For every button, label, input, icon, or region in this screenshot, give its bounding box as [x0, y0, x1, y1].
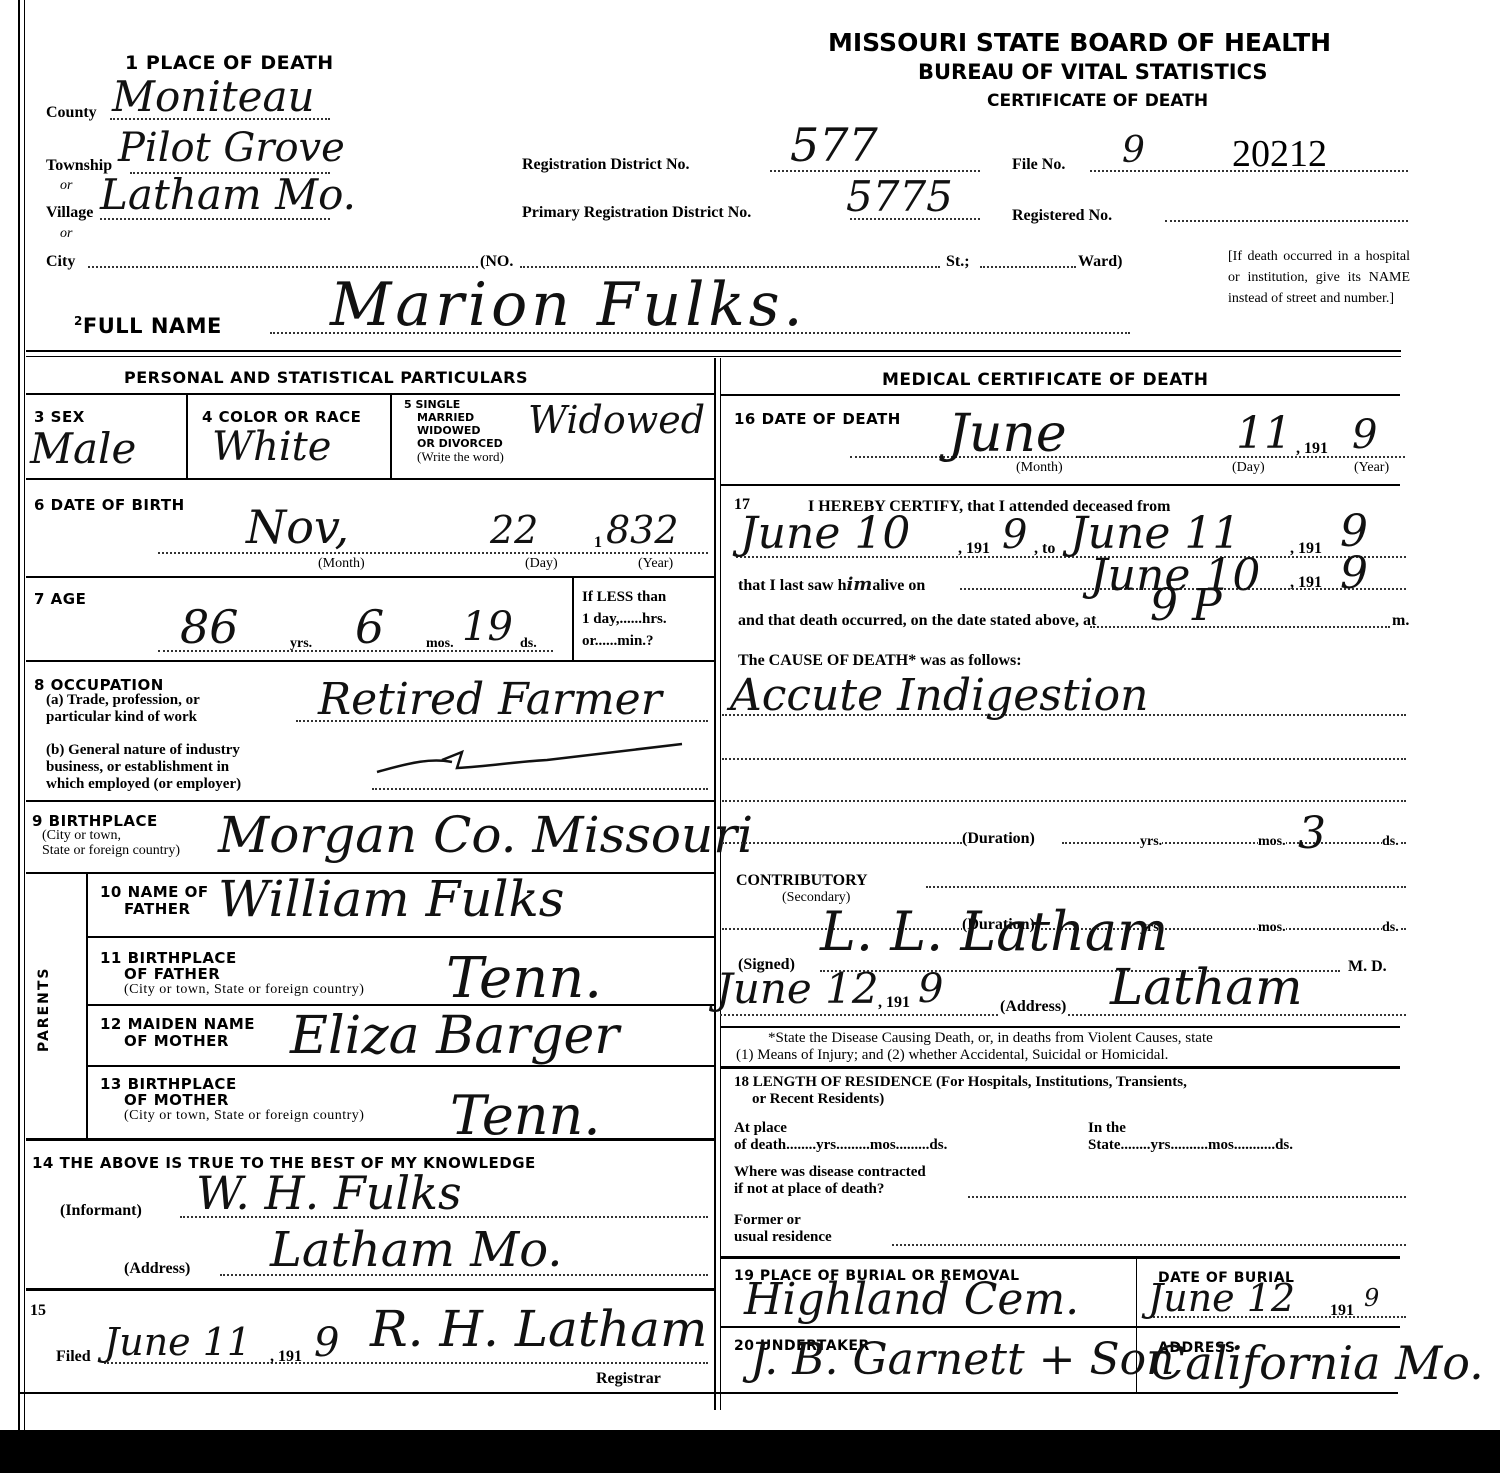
footnote-line: (1) Means of Injury; and (2) whether Acc…: [736, 1047, 1213, 1064]
marital-number: 5: [404, 398, 412, 411]
parents-label: PARENTS: [36, 966, 52, 1052]
separator: [720, 484, 1400, 486]
month-caption: (Month): [318, 556, 365, 572]
year-prefix: , 191: [958, 540, 990, 558]
signed-year: 9: [918, 966, 943, 1012]
attended-from: June 10: [740, 508, 910, 559]
separator: [26, 478, 714, 480]
burial-date: June 12: [1148, 1276, 1295, 1320]
year-caption: (Year): [1354, 460, 1389, 476]
county-value: Moniteau: [112, 72, 315, 121]
reg-district-label: Registration District No.: [522, 156, 690, 174]
separator: [720, 1326, 1400, 1328]
marital-option-widowed: WIDOWED: [404, 424, 481, 437]
separator: [26, 1138, 714, 1141]
marital-value: Widowed: [528, 398, 705, 442]
filed-label: Filed: [56, 1348, 91, 1366]
dod-year: 9: [1352, 412, 1377, 458]
marital-option-married: MARRIED: [404, 411, 474, 424]
registrar-signature: R. H. Latham: [370, 1300, 707, 1358]
marital-option-single: SINGLE: [416, 398, 461, 411]
father-birthplace-value: Tenn.: [446, 946, 602, 1011]
dod-day: 11: [1236, 408, 1292, 459]
mos-label: mos.: [426, 636, 454, 652]
dod-label: 16 DATE OF DEATH: [734, 410, 901, 428]
last-saw-text: that I last saw h: [738, 577, 846, 594]
to-label: , to: [1034, 540, 1055, 558]
former-residence-line: [892, 1244, 1406, 1246]
separator: [26, 350, 1401, 352]
cause-value: Accute Indigestion: [730, 670, 1148, 721]
label-line: business, or establishment in: [46, 759, 241, 776]
label-line: 11 BIRTHPLACE: [100, 950, 364, 966]
mother-birthplace-label: 13 BIRTHPLACE OF MOTHER (City or town, S…: [100, 1076, 364, 1124]
filed-number: 15: [30, 1302, 46, 1320]
place-of-death-label: 1 PLACE OF DEATH: [125, 52, 334, 74]
left-border: [18, 0, 20, 1430]
label-line: (City or town, State or foreign country): [100, 1108, 364, 1124]
primary-district-label: Primary Registration District No.: [522, 204, 751, 222]
label-line: which employed (or employer): [46, 776, 241, 793]
center-divider: [714, 358, 716, 1410]
label-line: State........yrs..........mos...........…: [1088, 1137, 1293, 1154]
separator: [720, 1256, 1400, 1259]
duration-months: 3: [1298, 808, 1326, 859]
file-no-value: 20212: [1232, 132, 1327, 176]
hospital-note: [If death occurred in a hospital or inst…: [1228, 246, 1410, 309]
full-name-label-text: FULL NAME: [83, 314, 222, 338]
separator: [86, 1065, 714, 1067]
residence-at-place: At place of death........yrs.........mos…: [734, 1120, 947, 1154]
file-no-prefix: 9: [1122, 130, 1145, 171]
birthplace-value: Morgan Co. Missouri: [218, 806, 753, 864]
dob-month: Nov,: [246, 500, 349, 554]
mos-label: mos.: [1258, 834, 1286, 850]
label-line: particular kind of work: [46, 709, 200, 726]
medical-section-title: MEDICAL CERTIFICATE OF DEATH: [882, 370, 1208, 390]
footnote-line: *State the Disease Causing Death, or, in…: [736, 1030, 1213, 1047]
street-line: [520, 266, 940, 268]
or-text: or: [60, 226, 72, 242]
last-saw-him: im: [846, 574, 872, 595]
label-line: of death........yrs.........mos.........…: [734, 1137, 947, 1154]
day-caption: (Day): [525, 556, 558, 572]
separator: [26, 800, 714, 802]
primary-district-value: 5775: [846, 172, 953, 221]
dod-year-prefix: , 191: [1296, 440, 1328, 458]
label-line: (a) Trade, profession, or: [46, 692, 200, 709]
separator: [720, 1066, 1400, 1069]
less-than-line: or......min.?: [582, 630, 667, 652]
undertaker-value: J. B. Garnett + Son: [750, 1334, 1174, 1385]
occupation-b-dash-mark: [372, 740, 692, 780]
last-saw-year: 9: [1340, 548, 1368, 599]
marital-options: 5 SINGLE MARRIED WIDOWED OR DIVORCED (Wr…: [404, 398, 504, 464]
divider: [572, 576, 574, 660]
yrs-label: yrs.: [290, 636, 312, 652]
occupation-b-line: [372, 788, 708, 790]
burial-year-prefix: 191: [1330, 1302, 1354, 1320]
alive-on-text: alive on: [872, 577, 925, 594]
label-line: OF MOTHER: [100, 1033, 255, 1050]
label-line: FATHER: [100, 901, 209, 918]
ward-line: [980, 266, 1076, 268]
or-text: or: [60, 178, 72, 194]
father-birthplace-label: 11 BIRTHPLACE OF FATHER (City or town, S…: [100, 950, 364, 998]
label-line: In the: [1088, 1120, 1293, 1137]
occupation-a-label: (a) Trade, profession, or particular kin…: [46, 692, 200, 726]
father-label: 10 NAME OF FATHER: [100, 884, 209, 918]
md-label: M. D.: [1348, 958, 1387, 976]
race-value: White: [212, 424, 331, 470]
occupation-a-value: Retired Farmer: [318, 674, 662, 725]
informant-address-label: (Address): [124, 1260, 190, 1278]
age-days: 19: [462, 604, 513, 650]
contributory-label: CONTRIBUTORY: [736, 872, 868, 890]
dob-line: [158, 552, 708, 554]
undertaker-address-value: California Mo.: [1150, 1336, 1484, 1390]
filed-year-prefix: , 191: [270, 1348, 302, 1366]
label-line: Where was disease contracted: [734, 1164, 926, 1181]
village-label: Village: [46, 204, 93, 222]
ward-label: Ward): [1078, 253, 1122, 271]
filed-year: 9: [314, 1320, 339, 1366]
burial-value: Highland Cem.: [744, 1274, 1079, 1325]
age-years: 86: [180, 600, 239, 654]
less-than-day: If LESS than 1 day,......hrs. or......mi…: [582, 586, 667, 652]
year-caption: (Year): [638, 556, 673, 572]
burial-year: 9: [1364, 1284, 1379, 1312]
where-contracted-line: [968, 1196, 1406, 1198]
mos-label: mos.: [1258, 920, 1286, 936]
cause-line-3: [722, 800, 1406, 802]
divider: [390, 394, 392, 478]
less-than-line: If LESS than: [582, 586, 667, 608]
city-line: [88, 266, 478, 268]
label-line: 18 LENGTH OF RESIDENCE (For Hospitals, I…: [734, 1074, 1187, 1091]
meridiem-label: m.: [1392, 612, 1409, 630]
informant-address-value: Latham Mo.: [270, 1222, 563, 1278]
label-line: (City or town, State or foreign country): [100, 982, 364, 998]
label-line: (b) General nature of industry: [46, 742, 241, 759]
less-than-line: 1 day,......hrs.: [582, 608, 667, 630]
city-label: City: [46, 253, 75, 271]
duration-value-line: [1062, 842, 1406, 844]
dob-year-prefix: 1: [594, 534, 602, 552]
street-label: St.;: [946, 253, 970, 271]
death-occurred-label: and that death occurred, on the date sta…: [738, 612, 1096, 630]
year-prefix: , 191: [1290, 574, 1322, 592]
footnote: *State the Disease Causing Death, or, in…: [736, 1030, 1213, 1064]
separator: [26, 576, 714, 578]
scan-bottom-edge: [0, 1430, 1500, 1473]
separator: [720, 394, 1400, 396]
day-caption: (Day): [1232, 460, 1265, 476]
contributory-line: [926, 886, 1406, 888]
parents-divider: [86, 872, 88, 1140]
label-line: Former or: [734, 1212, 832, 1229]
board-title: MISSOURI STATE BOARD OF HEALTH: [828, 28, 1331, 57]
label-line: 10 NAME OF: [100, 884, 209, 901]
marital-note: (Write the word): [404, 449, 504, 464]
yrs-label: yrs.: [1140, 834, 1162, 850]
dob-year: 832: [606, 508, 679, 552]
mother-value: Eliza Barger: [290, 1006, 619, 1066]
last-saw-label: that I last saw himalive on: [738, 574, 925, 595]
separator: [720, 1026, 1400, 1028]
attended-from-year: 9: [1002, 512, 1027, 558]
mother-label: 12 MAIDEN NAME OF MOTHER: [100, 1016, 255, 1050]
separator: [26, 660, 714, 662]
cause-label: The CAUSE OF DEATH* was as follows:: [738, 652, 1022, 670]
county-label: County: [46, 104, 97, 122]
village-value: Latham Mo.: [100, 170, 356, 219]
registered-no-line: [1165, 220, 1408, 222]
label-line: At place: [734, 1120, 947, 1137]
death-time: 9 P: [1150, 580, 1222, 631]
age-months: 6: [355, 600, 384, 654]
township-value: Pilot Grove: [118, 125, 345, 171]
father-value: William Fulks: [218, 870, 564, 928]
signed-value: L. L. Latham: [820, 900, 1168, 963]
street-no-label: (NO.: [480, 253, 513, 271]
label-line: usual residence: [734, 1229, 832, 1246]
label-line: (City or town,: [42, 828, 180, 843]
bureau-title: BUREAU OF VITAL STATISTICS: [918, 60, 1268, 84]
informant-label: (Informant): [60, 1202, 142, 1220]
signed-date: June 12: [716, 964, 879, 1013]
occupation-b-label: (b) General nature of industry business,…: [46, 742, 241, 793]
residence-label: 18 LENGTH OF RESIDENCE (For Hospitals, I…: [734, 1074, 1187, 1108]
age-label: 7 AGE: [34, 590, 86, 608]
signer-address-label: (Address): [1000, 998, 1066, 1016]
label-line: or Recent Residents): [734, 1091, 1187, 1108]
cause-line-2: [722, 758, 1406, 760]
sex-value: Male: [30, 424, 136, 473]
death-time-line: [1090, 626, 1390, 628]
file-no-label: File No.: [1012, 156, 1065, 174]
ds-label: ds.: [520, 636, 537, 652]
month-caption: (Month): [1016, 460, 1063, 476]
registrar-label: Registrar: [596, 1370, 661, 1388]
dod-month: June: [948, 404, 1067, 464]
duration-label: (Duration): [962, 830, 1035, 848]
dob-day: 22: [490, 508, 538, 552]
year-prefix: , 191: [1290, 540, 1322, 558]
full-name-value: Marion Fulks.: [330, 270, 807, 340]
label-line: 13 BIRTHPLACE: [100, 1076, 364, 1092]
certificate-title: CERTIFICATE OF DEATH: [987, 91, 1208, 111]
label-line: 12 MAIDEN NAME: [100, 1016, 255, 1033]
registered-no-label: Registered No.: [1012, 207, 1112, 225]
separator: [26, 393, 714, 395]
filed-date: June 11: [104, 1320, 251, 1364]
informant-value: W. H. Fulks: [196, 1166, 462, 1220]
left-border-inner: [24, 0, 25, 1430]
separator: [86, 936, 714, 938]
residence-in-state: In the State........yrs..........mos....…: [1088, 1120, 1293, 1154]
label-line: if not at place of death?: [734, 1181, 926, 1198]
label-line: OF FATHER: [100, 966, 364, 982]
personal-section-title: PERSONAL AND STATISTICAL PARTICULARS: [124, 368, 528, 387]
full-name-number: 2: [74, 314, 83, 328]
duration-line: [722, 842, 962, 844]
divider: [186, 394, 188, 478]
where-contracted-label: Where was disease contracted if not at p…: [734, 1164, 926, 1198]
dob-label: 6 DATE OF BIRTH: [34, 496, 185, 514]
ds-label: ds.: [1382, 834, 1399, 850]
signer-address-value: Latham: [1110, 958, 1303, 1016]
label-line: State or foreign country): [42, 843, 180, 858]
full-name-label: 2FULL NAME: [74, 314, 222, 338]
center-divider: [720, 358, 721, 1410]
birthplace-sub: (City or town, State or foreign country): [42, 828, 180, 858]
reg-district-value: 577: [790, 118, 878, 172]
separator: [26, 356, 1401, 357]
separator: [26, 1288, 714, 1291]
year-prefix: , 191: [878, 994, 910, 1012]
former-residence-label: Former or usual residence: [734, 1212, 832, 1246]
label-line: OF MOTHER: [100, 1092, 364, 1108]
ds-label: ds.: [1382, 920, 1399, 936]
separator: [18, 1392, 1398, 1394]
